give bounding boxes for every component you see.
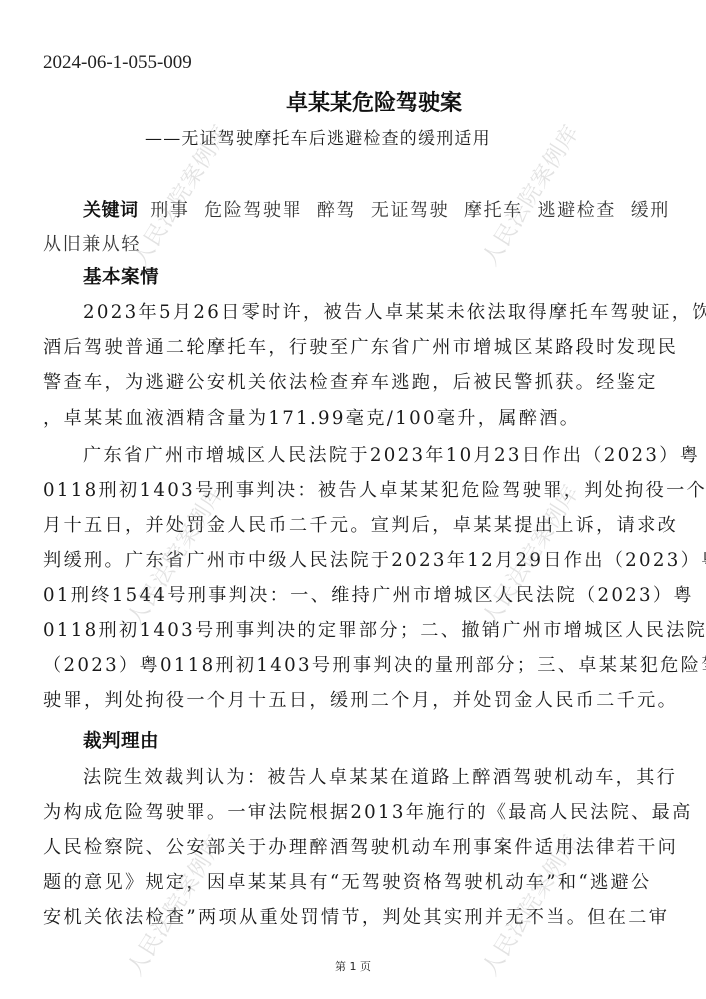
paragraph-line: 月十五日，并处罚金人民币二千元。宣判后，卓某某提出上诉，请求改 bbox=[43, 511, 678, 537]
paragraph-line: 题的意见》规定，因卓某某具有“无驾驶资格驾驶机动车”和“逃避公 bbox=[43, 868, 651, 894]
paragraph-line: （2023）粤0118刑初1403号刑事判决的量刑部分；三、卓某某犯危险驾 bbox=[43, 651, 706, 677]
keyword: 刑事 bbox=[150, 200, 189, 221]
paragraph-line: 酒后驾驶普通二轮摩托车，行驶至广东省广州市增城区某路段时发现民 bbox=[43, 333, 678, 359]
keyword: 缓刑 bbox=[631, 200, 670, 221]
keywords-line: 关键词 刑事 危险驾驶罪 醉驾 无证驾驶 摩托车 逃避检查 缓刑 bbox=[83, 196, 679, 222]
keywords-label: 关键词 bbox=[83, 200, 139, 221]
section-heading-basic-facts: 基本案情 bbox=[83, 263, 159, 289]
paragraph-line: 0118刑初1403号刑事判决：被告人卓某某犯危险驾驶罪，判处拘役一个 bbox=[43, 476, 706, 502]
paragraph-line: 判缓刑。广东省广州市中级人民法院于2023年12月29日作出（2023）粤 bbox=[43, 546, 706, 572]
document-subtitle: ——无证驾驶摩托车后逃避检查的缓刑适用 bbox=[145, 124, 491, 149]
keyword: 逃避检查 bbox=[538, 200, 616, 221]
paragraph-line: 警查车，为逃避公安机关依法检查弃车逃跑，后被民警抓获。经鉴定 bbox=[43, 368, 658, 394]
document-page: 2024-06-1-055-009 卓某某危险驾驶案 ——无证驾驶摩托车后逃避检… bbox=[0, 0, 706, 999]
paragraph-line: 为构成危险驾驶罪。一审法院根据2013年施行的《最高人民法院、最高 bbox=[43, 798, 693, 824]
keyword: 醉驾 bbox=[317, 200, 356, 221]
paragraph-line: 人民检察院、公安部关于办理醉酒驾驶机动车刑事案件适用法律若干问 bbox=[43, 833, 678, 859]
keyword: 无证驾驶 bbox=[371, 200, 449, 221]
keyword: 从旧兼从轻 bbox=[43, 230, 141, 256]
paragraph-line: ，卓某某血液酒精含量为171.99毫克/100毫升，属醉酒。 bbox=[43, 404, 580, 430]
keyword: 摩托车 bbox=[464, 200, 523, 221]
paragraph-line: 01刑终1544号刑事判决：一、维持广州市增城区人民法院（2023）粤 bbox=[43, 581, 694, 607]
paragraph-line: 法院生效裁判认为：被告人卓某某在道路上醉酒驾驶机动车，其行 bbox=[83, 763, 677, 789]
paragraph-line: 广东省广州市增城区人民法院于2023年10月23日作出（2023）粤 bbox=[83, 441, 700, 467]
keyword: 危险驾驶罪 bbox=[204, 200, 302, 221]
paragraph-line: 驶罪，判处拘役一个月十五日，缓刑二个月，并处罚金人民币二千元。 bbox=[43, 686, 678, 712]
case-number: 2024-06-1-055-009 bbox=[43, 52, 192, 74]
document-title: 卓某某危险驾驶案 bbox=[0, 86, 706, 117]
section-heading-reasoning: 裁判理由 bbox=[83, 727, 159, 753]
paragraph-line: 2023年5月26日零时许，被告人卓某某未依法取得摩托车驾驶证，饮 bbox=[83, 298, 706, 324]
paragraph-line: 安机关依法检查”两项从重处罚情节，判处其实刑并无不当。但在二审 bbox=[43, 903, 669, 929]
page-number: 第 1 页 bbox=[0, 958, 706, 974]
paragraph-line: 0118刑初1403号刑事判决的定罪部分；二、撤销广州市增城区人民法院 bbox=[43, 616, 706, 642]
